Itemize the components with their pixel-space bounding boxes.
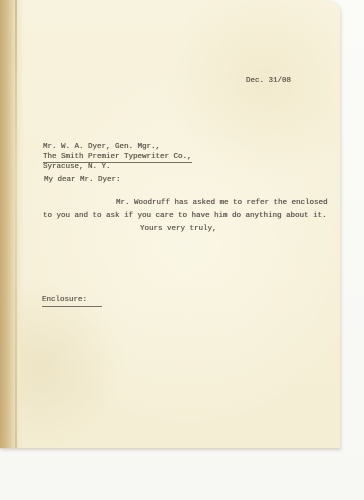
body-line-1: Mr. Woodruff has asked me to refer the e… bbox=[116, 199, 328, 208]
salutation-line: My dear Mr. Dyer: bbox=[44, 176, 121, 185]
enclosure-line: Enclosure: bbox=[42, 296, 102, 307]
recipient-city-line: Syracuse, N. Y. bbox=[43, 163, 111, 172]
paper-left-crease bbox=[15, 0, 17, 448]
recipient-name-line: Mr. W. A. Dyer, Gen. Mgr., bbox=[43, 143, 160, 152]
enclosure-underlined-text: Enclosure: bbox=[42, 296, 102, 307]
recipient-company-line: The Smith Premier Typewriter Co., bbox=[43, 153, 192, 162]
letter-paper: Dec. 31/08 Mr. W. A. Dyer, Gen. Mgr., Th… bbox=[0, 0, 340, 449]
date-line: Dec. 31/08 bbox=[246, 77, 291, 86]
paper-left-edge bbox=[0, 0, 24, 448]
recipient-company-underlined-text: The Smith Premier Typewriter Co., bbox=[43, 153, 192, 163]
body-line-2: to you and to ask if you care to have hi… bbox=[43, 212, 327, 221]
scan-background: Dec. 31/08 Mr. W. A. Dyer, Gen. Mgr., Th… bbox=[0, 0, 364, 500]
closing-line: Yours very truly, bbox=[140, 225, 217, 234]
